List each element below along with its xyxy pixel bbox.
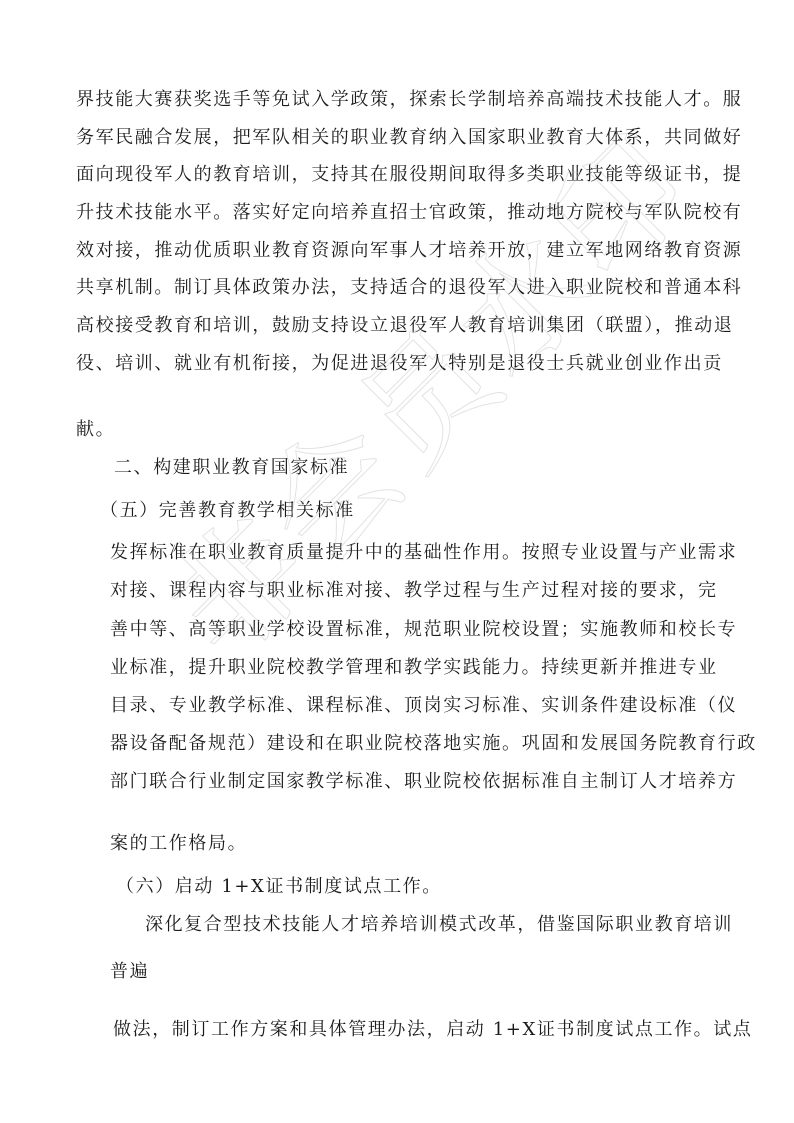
text-line: 普遍 (110, 961, 149, 983)
text-line: 共享机制。制订具体政策办法，支持适合的退役军人进入职业院校和普通本科 (76, 277, 742, 299)
text-line: 器设备配备规范）建设和在职业院校落地实施。巩固和发展国务院教育行政 (110, 733, 757, 755)
text-line: （五）完善教育教学相关标准 (100, 500, 355, 522)
text-line: 部门联合行业制定国家教学标准、职业院校依据标准自主制订人才培养方 (110, 771, 737, 793)
text-line: 效对接，推动优质职业教育资源向军事人才培养开放，建立军地网络教育资源 (76, 240, 742, 262)
text-line: 目录、专业教学标准、课程标准、顶岗实习标准、实训条件建设标准（仪 (110, 695, 737, 717)
text-line: 二、构建职业教育国家标准 (114, 457, 349, 479)
text-line: 面向现役军人的教育培训，支持其在服役期间取得多类职业技能等级证书，提 (76, 164, 742, 186)
text-line: 深化复合型技术技能人才培养培训模式改革，借鉴国际职业教育培训 (145, 914, 733, 936)
text-line: 务军民融合发展，把军队相关的职业教育纳入国家职业教育大体系，共同做好 (76, 127, 742, 149)
text-line: （六）启动 1+X证书制度试点工作。 (116, 876, 442, 898)
text-line: 升技术技能水平。落实好定向培养直招士官政策，推动地方院校与军队院校有 (76, 202, 742, 224)
text-line: 对接、课程内容与职业标准对接、教学过程与生产过程对接的要求，完 (110, 580, 718, 602)
text-line: 高校接受教育和培训，鼓励支持设立退役军人教育培训集团（联盟），推动退 (76, 315, 733, 337)
text-line: 界技能大赛获奖选手等免试入学政策，探索长学制培养高端技术技能人才。服 (76, 89, 742, 111)
text-line: 业标准，提升职业院校教学管理和教学实践能力。持续更新并推进专业 (110, 657, 718, 679)
text-line: 善中等、高等职业学校设置标准，规范职业院校设置；实施教师和校长专 (110, 619, 737, 641)
text-line: 案的工作格局。 (110, 833, 247, 855)
text-line: 役、培训、就业有机衔接，为促进退役军人特别是退役士兵就业创业作出贡 (76, 353, 723, 375)
text-line: 献。 (76, 419, 115, 441)
text-line: 发挥标准在职业教育质量提升中的基础性作用。按照专业设置与产业需求 (110, 542, 737, 564)
text-line: 做法，制订工作方案和具体管理办法，启动 1+X证书制度试点工作。试点 (113, 1019, 752, 1041)
